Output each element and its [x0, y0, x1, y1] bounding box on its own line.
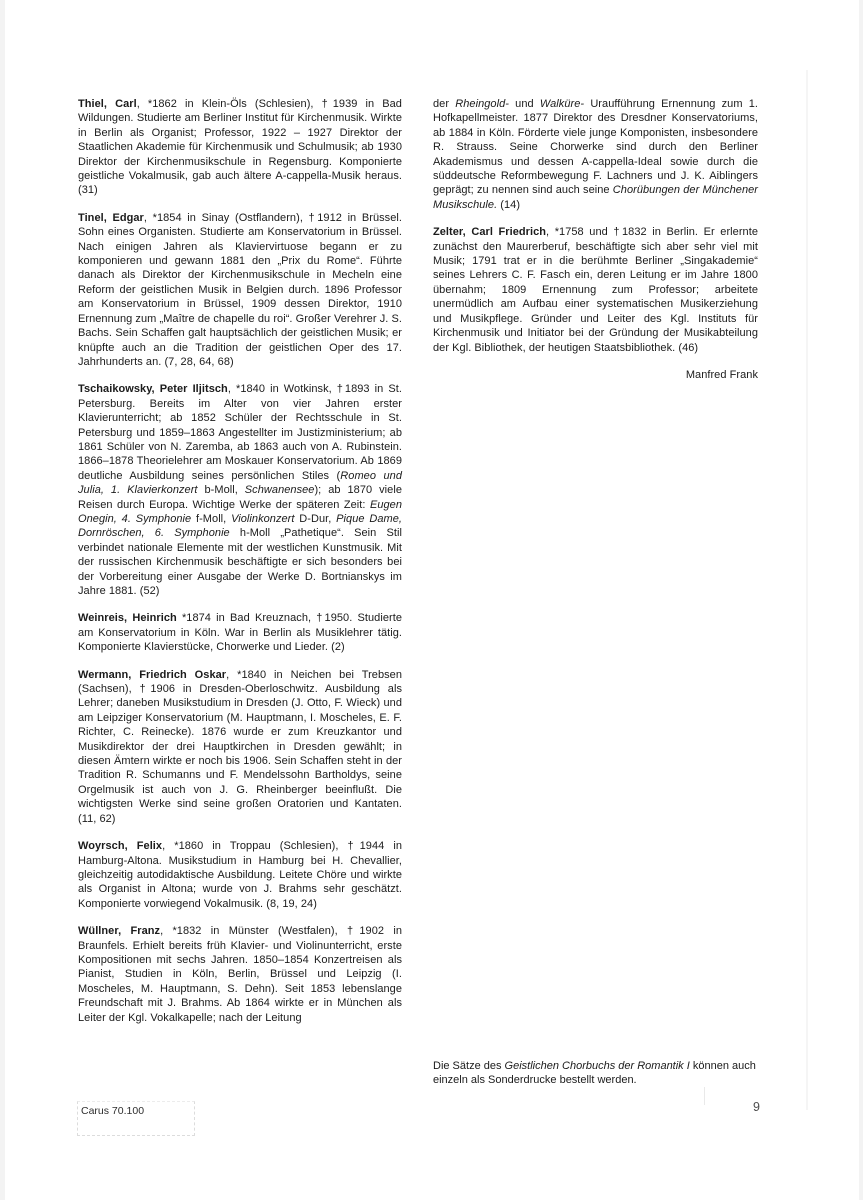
entry-text: Die Sätze des: [433, 1060, 505, 1072]
entry-name: Woyrsch, Felix: [78, 840, 162, 852]
entry-text: , *1758 und †1832 in Berlin. Er erlernte…: [433, 226, 758, 353]
entry-text: Schwanensee: [245, 484, 315, 496]
bio-entry: Wermann, Friedrich Oskar, *1840 in Neich…: [78, 668, 402, 826]
entry-text: Violinkonzert: [231, 513, 294, 525]
entry-text: Rheingold-: [455, 98, 509, 110]
right-column: der Rheingold- und Walküre- Uraufführung…: [433, 97, 758, 382]
right-column-entries: der Rheingold- und Walküre- Uraufführung…: [433, 97, 758, 355]
entry-text: , *1862 in Klein-Öls (Schlesien), †1939 …: [78, 98, 402, 196]
bio-entry: Wüllner, Franz, *1832 in Münster (Westfa…: [78, 924, 402, 1025]
bio-entry: der Rheingold- und Walküre- Uraufführung…: [433, 97, 758, 212]
ordering-note: Die Sätze des Geistlichen Chorbuchs der …: [433, 1059, 765, 1088]
entry-name: Tinel, Edgar: [78, 212, 144, 224]
bio-entry: Weinreis, Heinrich *1874 in Bad Kreuznac…: [78, 611, 402, 654]
entry-text: D-Dur,: [295, 513, 337, 525]
bio-entry: Tinel, Edgar, *1854 in Sinay (Ostflander…: [78, 211, 402, 369]
bio-entry: Tschaikowsky, Peter Iljitsch, *1840 in W…: [78, 382, 402, 598]
crop-mark: [806, 70, 808, 1110]
entry-text: der: [433, 98, 455, 110]
page-number: 9: [736, 1100, 760, 1114]
entry-text: und: [509, 98, 540, 110]
entry-text: b-Moll,: [198, 484, 245, 496]
entry-name: Zelter, Carl Friedrich: [433, 226, 546, 238]
footer-catalog-box: Carus 70.100: [77, 1101, 195, 1136]
bio-entry: Zelter, Carl Friedrich, *1758 und †1832 …: [433, 225, 758, 355]
entry-name: Tschaikowsky, Peter Iljitsch: [78, 383, 228, 395]
crop-mark: [704, 1087, 705, 1105]
entry-name: Wermann, Friedrich Oskar: [78, 669, 226, 681]
bio-entry: Thiel, Carl, *1862 in Klein-Öls (Schlesi…: [78, 97, 402, 198]
entry-name: Weinreis, Heinrich: [78, 612, 177, 624]
author-signature: Manfred Frank: [433, 368, 758, 382]
entry-text: , *1832 in Münster (Westfalen), †1902 in…: [78, 925, 402, 1023]
page-edge-left: [0, 0, 5, 1200]
entry-text: Walküre-: [540, 98, 584, 110]
entry-text: f-Moll,: [191, 513, 231, 525]
catalog-number: Carus 70.100: [81, 1105, 144, 1117]
document-page: Thiel, Carl, *1862 in Klein-Öls (Schlesi…: [0, 0, 863, 1200]
page-edge-right: [859, 0, 863, 1200]
entry-text: Geistlichen Chorbuchs der Romantik I: [505, 1060, 690, 1072]
entry-name: Wüllner, Franz: [78, 925, 160, 937]
entry-text: (14): [497, 199, 520, 211]
entry-text: , *1840 in Wotkinsk, †1893 in St. Peters…: [78, 383, 402, 481]
entry-text: , *1854 in Sinay (Ostflandern), †1912 in…: [78, 212, 402, 368]
left-column: Thiel, Carl, *1862 in Klein-Öls (Schlesi…: [78, 97, 402, 1038]
entry-text: Uraufführung Ernennung zum 1. Hofkapellm…: [433, 98, 758, 196]
entry-text: , *1840 in Neichen bei Trebsen (Sachsen)…: [78, 669, 402, 825]
entry-name: Thiel, Carl: [78, 98, 137, 110]
bio-entry: Woyrsch, Felix, *1860 in Troppau (Schles…: [78, 839, 402, 911]
